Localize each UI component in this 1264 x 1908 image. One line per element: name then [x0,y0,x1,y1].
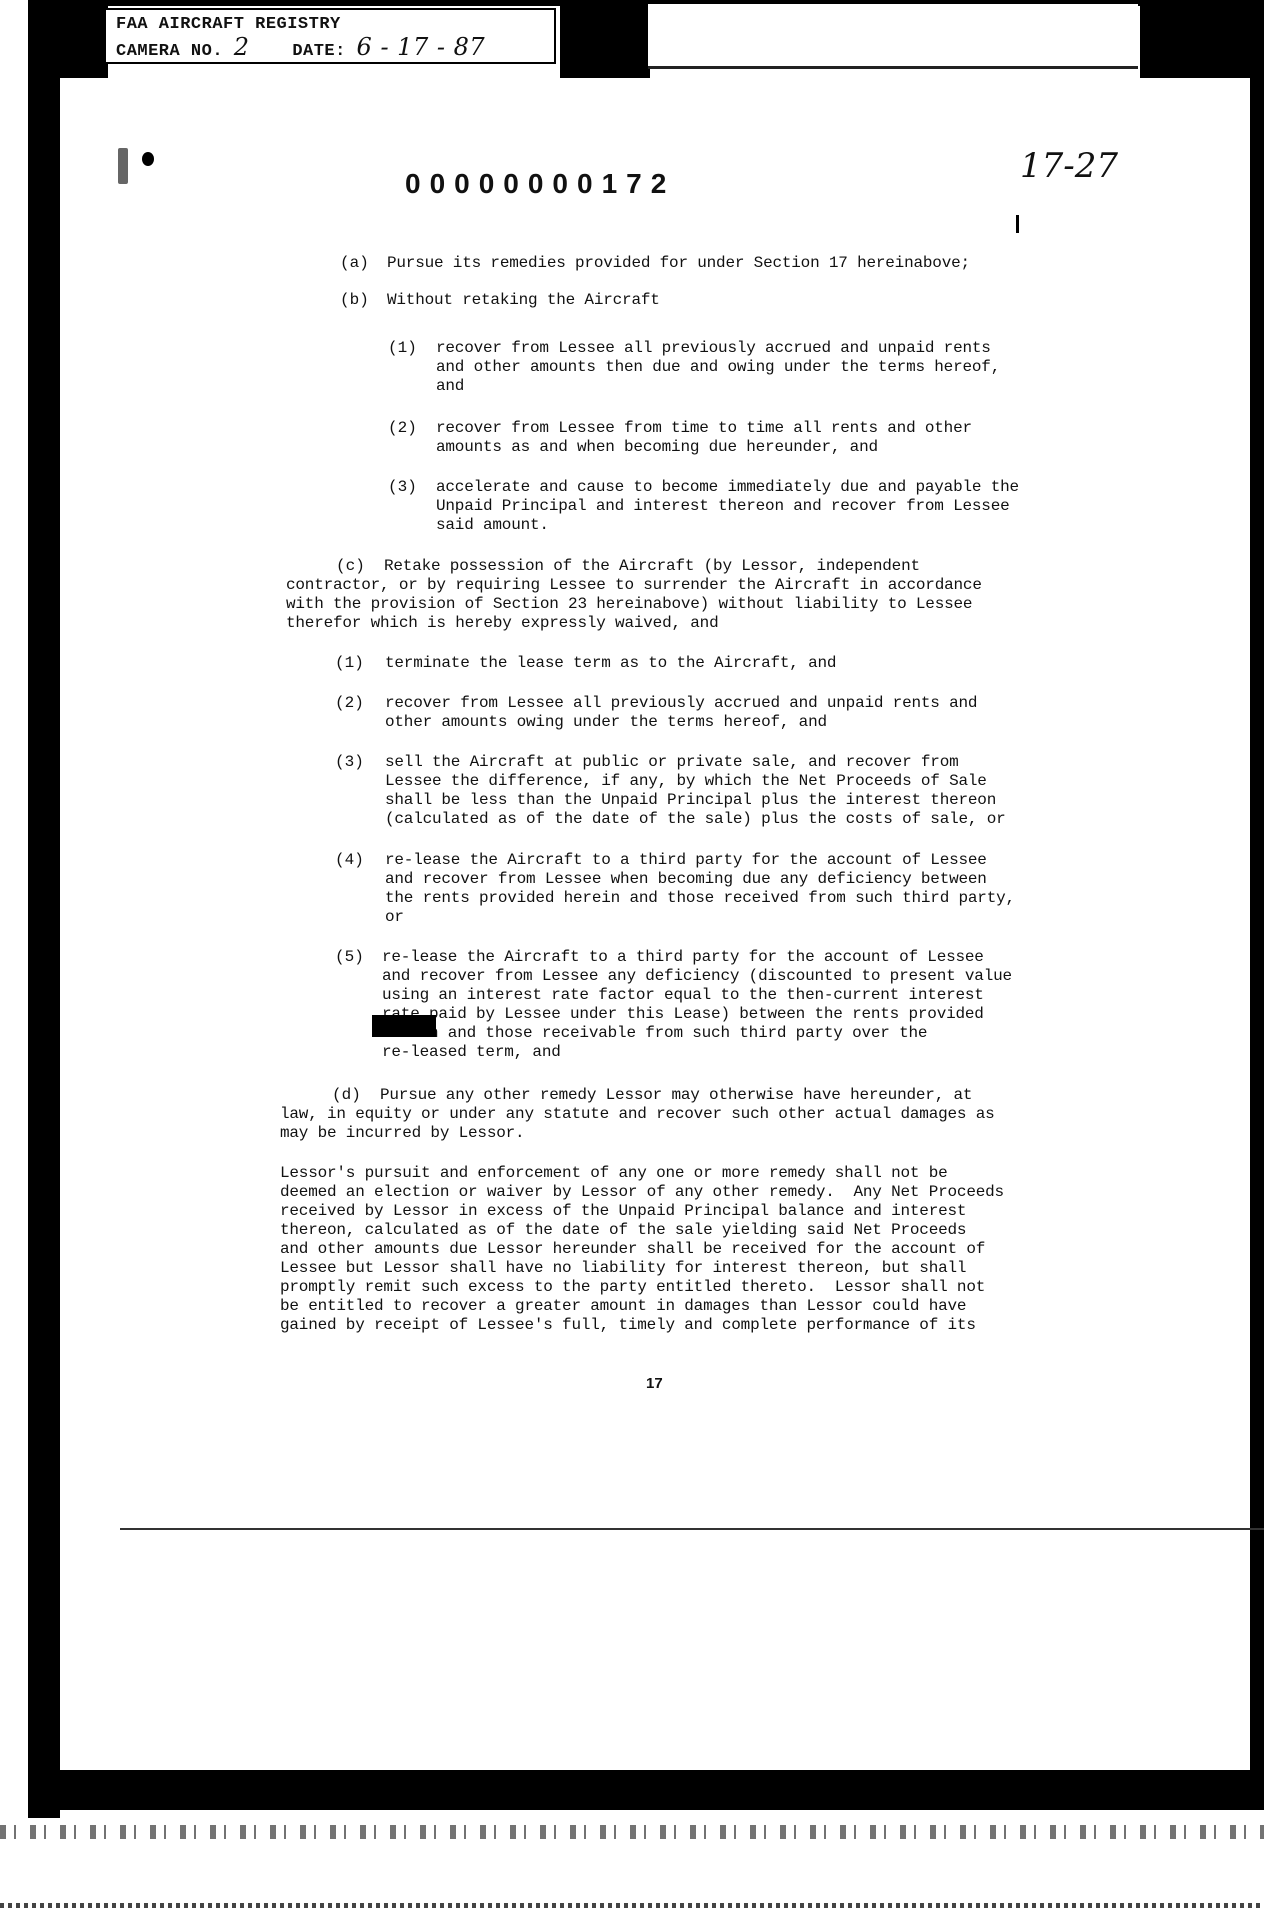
clause-c4-label: (4) [335,850,364,870]
clause-b1-line: and other amounts then due and owing und… [436,357,1000,377]
scan-frame-divider [560,0,650,78]
scan-frame-left [28,0,60,1818]
clause-c5-line: herein and those receivable from such th… [382,1023,927,1043]
clause-d-line: law, in equity or under any statute and … [280,1104,995,1124]
date-label: DATE: [292,42,346,61]
clause-c-line: with the provision of Section 23 hereina… [286,594,972,614]
closing-line: thereon, calculated as of the date of th… [280,1220,966,1240]
clause-b1-line: and [436,376,464,396]
document-number: 00000000172 [405,168,675,200]
clause-c1-line: terminate the lease term as to the Aircr… [385,653,836,673]
clause-c3-label: (3) [335,752,364,772]
clause-b1-line: recover from Lessee all previously accru… [436,338,991,358]
clause-b-text: Without retaking the Aircraft [387,290,660,310]
scan-speck [118,148,128,184]
date-value: 6 - 17 - 87 [357,33,486,61]
redaction-block [372,1015,436,1037]
scan-speck [142,152,154,166]
clause-b3-line: said amount. [436,515,549,535]
clause-a-label: (a) [340,253,369,273]
clause-d-line: Pursue any other remedy Lessor may other… [380,1085,972,1105]
blank-label-box [648,4,1138,69]
clause-c-line: contractor, or by requiring Lessee to su… [286,575,982,595]
page-bottom-edge [120,1528,1264,1530]
clause-c3-line: (calculated as of the date of the sale) … [385,809,1006,829]
clause-c1-label: (1) [335,653,364,673]
clause-b-label: (b) [340,290,369,310]
scan-frame-corner [28,0,108,78]
clause-b2-line: amounts as and when becoming due hereund… [436,437,878,457]
scan-speck [1016,215,1019,233]
closing-line: be entitled to recover a greater amount … [280,1296,966,1316]
clause-d-label: (d) [332,1085,361,1105]
clause-c5-line: rate paid by Lessee under this Lease) be… [382,1004,984,1024]
clause-c-label: (c) [336,556,365,576]
clause-b2-line: recover from Lessee from time to time al… [436,418,972,438]
closing-line: gained by receipt of Lessee's full, time… [280,1315,976,1335]
closing-line: received by Lessor in excess of the Unpa… [280,1201,966,1221]
clause-c3-line: Lessee the difference, if any, by which … [385,771,987,791]
clause-b3-line: accelerate and cause to become immediate… [436,477,1019,497]
clause-c2-label: (2) [335,693,364,713]
clause-b1-label: (1) [388,338,417,358]
clause-d-line: may be incurred by Lessor. [280,1123,524,1143]
closing-line: deemed an election or waiver by Lessor o… [280,1182,1004,1202]
clause-b3-line: Unpaid Principal and interest thereon an… [436,496,1010,516]
clause-c4-line: the rents provided herein and those rece… [385,888,1015,908]
closing-line: Lessee but Lessor shall have no liabilit… [280,1258,966,1278]
clause-c-line: therefor which is hereby expressly waive… [286,613,718,633]
clause-c2-line: recover from Lessee all previously accru… [385,693,977,713]
clause-c5-line: using an interest rate factor equal to t… [382,985,984,1005]
scan-noise-band [0,1825,1264,1839]
clause-b2-label: (2) [388,418,417,438]
clause-a-text: Pursue its remedies provided for under S… [387,253,970,273]
clause-c4-line: and recover from Lessee when becoming du… [385,869,987,889]
clause-c2-line: other amounts owing under the terms here… [385,712,827,732]
stamp-camera-row: CAMERA NO. 2 DATE: 6 - 17 - 87 [116,36,544,63]
scan-bottom-edge [0,1903,1264,1908]
clause-c4-line: or [385,907,404,927]
clause-c4-line: re-lease the Aircraft to a third party f… [385,850,987,870]
registry-stamp: FAA AIRCRAFT REGISTRY CAMERA NO. 2 DATE:… [104,8,556,64]
closing-line: Lessor's pursuit and enforcement of any … [280,1163,948,1183]
clause-c5-line: and recover from Lessee any deficiency (… [382,966,1012,986]
clause-b3-label: (3) [388,477,417,497]
scan-frame-corner-right [1140,0,1264,78]
clause-c3-line: sell the Aircraft at public or private s… [385,752,959,772]
document-page [60,78,1250,1770]
scan-speck [620,1800,700,1806]
clause-c5-line: re-leased term, and [382,1042,561,1062]
page-number: 17 [646,1375,663,1392]
clause-c5-label: (5) [335,947,364,967]
camera-label: CAMERA NO. [116,42,223,61]
clause-c3-line: shall be less than the Unpaid Principal … [385,790,996,810]
camera-number: 2 [234,33,250,61]
clause-c-line: Retake possession of the Aircraft (by Le… [384,556,920,576]
scan-frame-right [1250,0,1264,1810]
closing-line: and other amounts due Lessor hereunder s… [280,1239,985,1259]
handwritten-note: 17-27 [1020,146,1118,186]
closing-line: promptly remit such excess to the party … [280,1277,985,1297]
clause-c5-line: re-lease the Aircraft to a third party f… [382,947,984,967]
